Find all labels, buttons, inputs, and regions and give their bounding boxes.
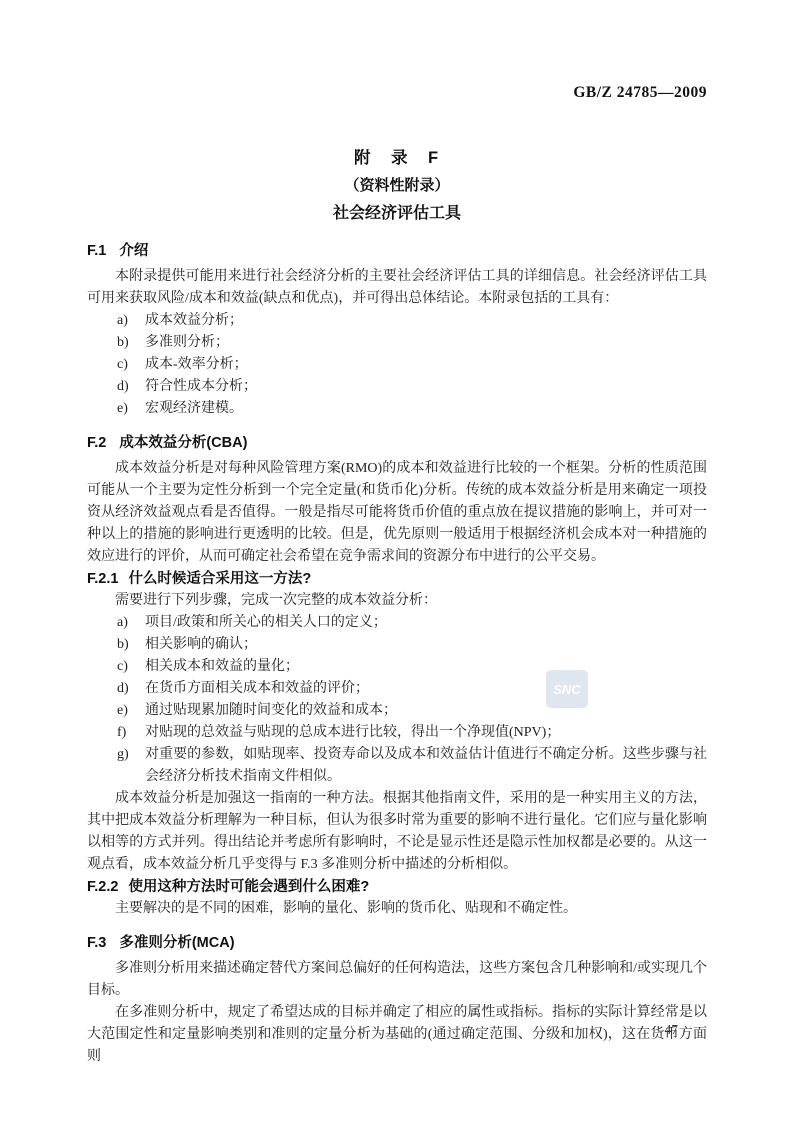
list-item-text: 多准则分析； [145,332,707,354]
document-page: GB/Z 24785—2009 附 录 F （资料性附录） 社会经济评估工具 F… [0,0,794,1123]
annex-name: 社会经济评估工具 [87,200,707,228]
section-number: F.2.2 [87,879,118,895]
watermark-logo: SNC [546,670,588,708]
list-item-label: d) [117,678,145,700]
list-f21: a)项目/政策和所关心的相关人口的定义； b)相关影响的确认； c)相关成本和效… [87,612,707,788]
list-item: d)在货币方面相关成本和效益的评价； [87,678,707,700]
list-item-text: 相关影响的确认； [145,634,707,656]
list-item-label: e) [117,398,145,420]
page-number: 47 [665,1022,679,1038]
paragraph-f22: 主要解决的是不同的困难，影响的量化、影响的货币化、贴现和不确定性。 [87,898,707,920]
list-item-label: a) [117,612,145,634]
section-heading-f2: F.2成本效益分析(CBA) [87,434,707,452]
list-item-text: 符合性成本分析； [145,376,707,398]
annex-title: 附 录 F [87,144,707,172]
section-number: F.2 [87,435,106,451]
list-item-label: c) [117,656,145,678]
page-content: 附 录 F （资料性附录） 社会经济评估工具 F.1介绍 本附录提供可能用来进行… [87,0,707,1068]
list-item: a)项目/政策和所关心的相关人口的定义； [87,612,707,634]
section-title: 介绍 [119,243,148,259]
list-item: c)相关成本和效益的量化； [87,656,707,678]
list-item: g)对重要的参数，如贴现率、投资寿命以及成本和效益估计值进行不确定分析。这些步骤… [87,744,707,788]
list-item-text: 相关成本和效益的量化； [145,656,707,678]
list-item: e)宏观经济建模。 [87,398,707,420]
paragraph-f21-intro: 需要进行下列步骤，完成一次完整的成本效益分析： [87,590,707,612]
section-title: 使用这种方法时可能会遇到什么困难? [128,879,369,895]
list-item-label: b) [117,332,145,354]
list-item: a)成本效益分析； [87,310,707,332]
list-item-text: 对贴现的总效益与贴现的总成本进行比较，得出一个净现值(NPV)； [145,722,707,744]
list-item: f)对贴现的总效益与贴现的总成本进行比较，得出一个净现值(NPV)； [87,722,707,744]
section-title: 成本效益分析(CBA) [119,435,247,451]
paragraph-f1-intro: 本附录提供可能用来进行社会经济分析的主要社会经济评估工具的详细信息。社会经济评估… [87,266,707,310]
annex-title-block: 附 录 F （资料性附录） 社会经济评估工具 [87,0,707,228]
list-item-label: a) [117,310,145,332]
section-heading-f22: F.2.2使用这种方法时可能会遇到什么困难? [87,876,707,898]
list-item-text: 成本-效率分析； [145,354,707,376]
list-item-label: d) [117,376,145,398]
list-item: d)符合性成本分析； [87,376,707,398]
section-number: F.3 [87,935,106,951]
list-item-label: c) [117,354,145,376]
section-title: 多准则分析(MCA) [119,935,234,951]
list-item-label: g) [117,744,145,788]
annex-subtitle: （资料性附录） [87,172,707,200]
list-item-text: 项目/政策和所关心的相关人口的定义； [145,612,707,634]
section-heading-f1: F.1介绍 [87,242,707,260]
section-title: 什么时候适合采用这一方法? [128,571,311,587]
list-item: b)相关影响的确认； [87,634,707,656]
list-item-label: e) [117,700,145,722]
list-item-label: b) [117,634,145,656]
section-number: F.1 [87,243,106,259]
list-f1: a)成本效益分析； b)多准则分析； c)成本-效率分析； d)符合性成本分析；… [87,310,707,420]
list-item: b)多准则分析； [87,332,707,354]
paragraph-f2: 成本效益分析是对每种风险管理方案(RMO)的成本和效益进行比较的一个框架。分析的… [87,458,707,568]
section-heading-f3: F.3多准则分析(MCA) [87,934,707,952]
list-item: c)成本-效率分析； [87,354,707,376]
list-item-text: 通过贴现累加随时间变化的效益和成本； [145,700,707,722]
paragraph-f3-2: 在多准则分析中，规定了希望达成的目标并确定了相应的属性或指标。指标的实际计算经常… [87,1002,707,1068]
section-heading-f21: F.2.1什么时候适合采用这一方法? [87,568,707,590]
paragraph-f21: 成本效益分析是加强这一指南的一种方法。根据其他指南文件，采用的是一种实用主义的方… [87,788,707,876]
list-item-label: f) [117,722,145,744]
list-item-text: 宏观经济建模。 [145,398,707,420]
list-item-text: 对重要的参数，如贴现率、投资寿命以及成本和效益估计值进行不确定分析。这些步骤与社… [145,744,707,788]
list-item: e)通过贴现累加随时间变化的效益和成本； [87,700,707,722]
paragraph-f3-1: 多准则分析用来描述确定替代方案间总偏好的任何构造法，这些方案包含几种影响和/或实… [87,958,707,1002]
section-number: F.2.1 [87,571,118,587]
list-item-text: 在货币方面相关成本和效益的评价； [145,678,707,700]
list-item-text: 成本效益分析； [145,310,707,332]
